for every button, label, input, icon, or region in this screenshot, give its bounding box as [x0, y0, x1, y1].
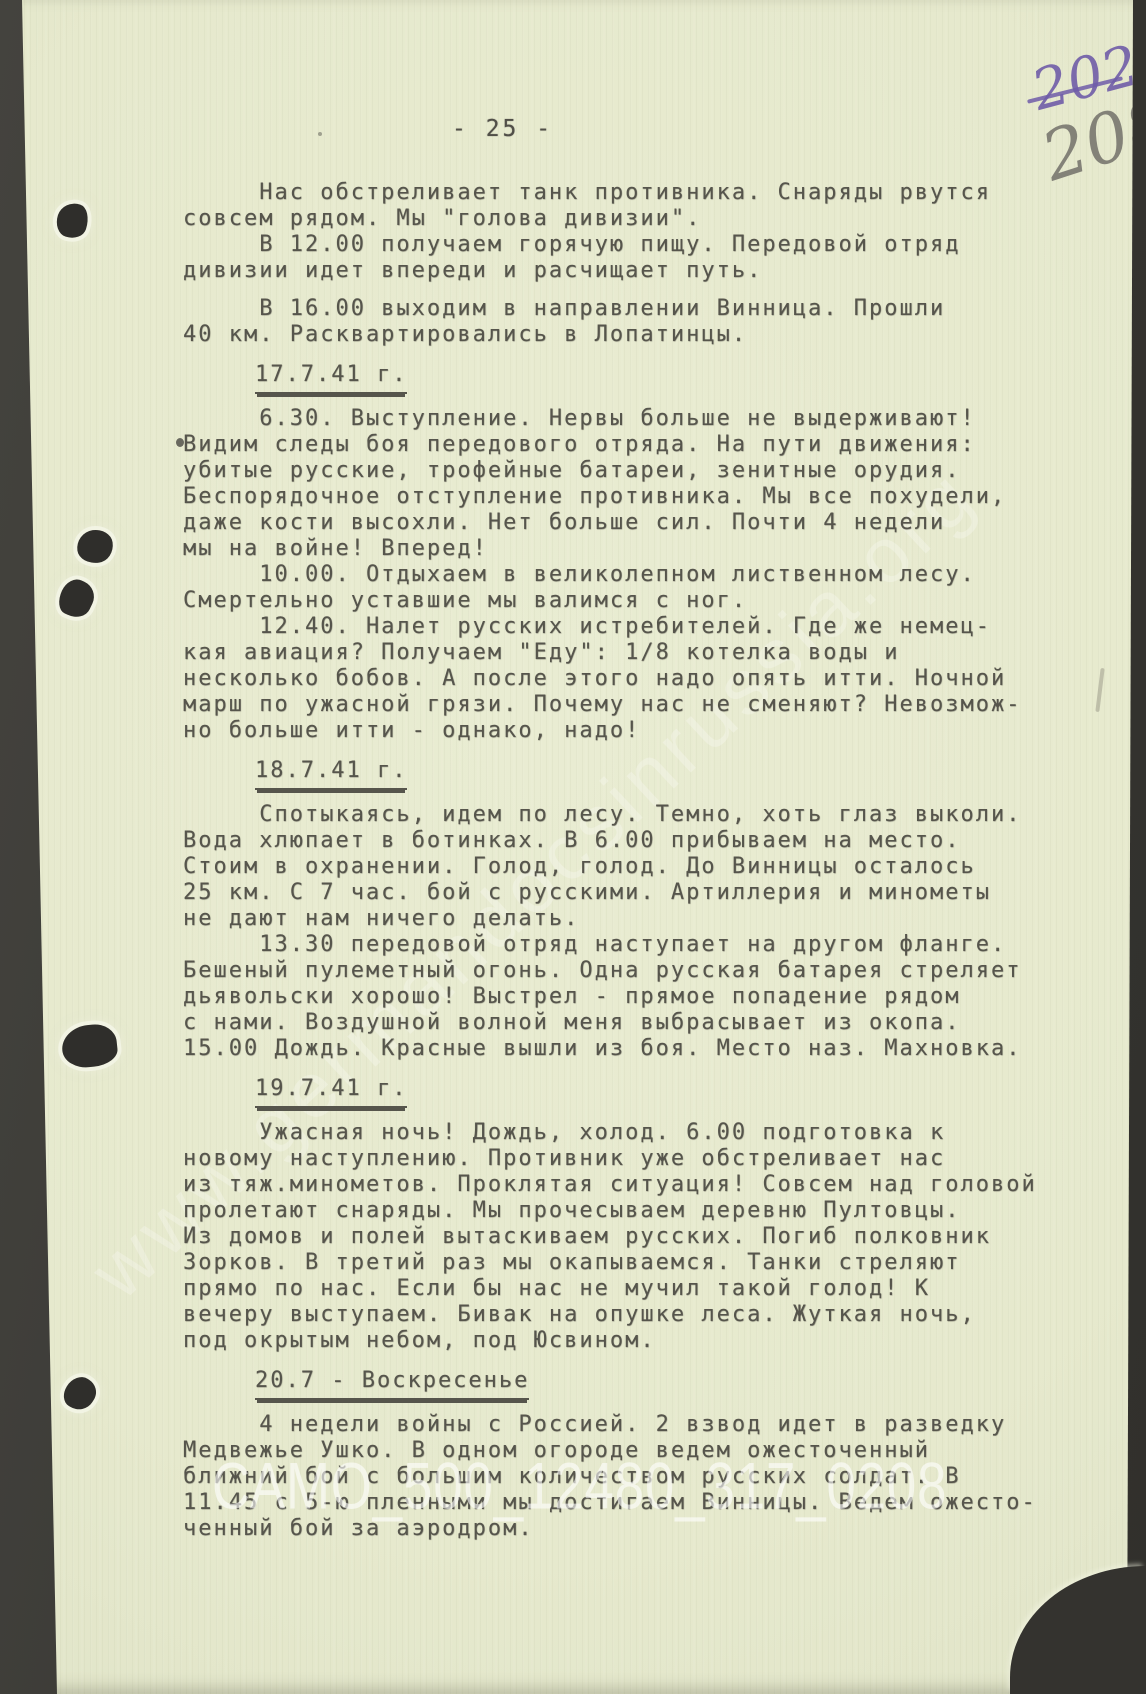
paragraph: Ужасная ночь! Дождь, холод. 6.00 подгото…	[183, 1120, 1063, 1354]
date-heading-text: 20.7 - Воскресенье	[255, 1368, 529, 1400]
punch-hole	[52, 199, 92, 242]
date-heading: 20.7 - Воскресенье	[183, 1368, 1063, 1400]
scanned-document-page: www.germandocsinrussia.org - 25 - 202 20…	[0, 0, 1146, 1694]
date-heading: 18.7.41 г.	[183, 758, 1063, 790]
paragraph: 6.30. Выступление. Нервы больше не выдер…	[183, 406, 1063, 744]
paragraph: Нас обстреливает танк противника. Снаряд…	[183, 180, 1063, 284]
page-number: - 25 -	[452, 116, 572, 142]
paper-sheet: www.germandocsinrussia.org - 25 - 202 20…	[0, 0, 1146, 1694]
punch-hole	[59, 1372, 102, 1416]
date-heading: 17.7.41 г.	[183, 362, 1063, 394]
ink-speck	[176, 438, 184, 447]
archive-code-watermark: САМО_500_12480_317_0208	[212, 1448, 947, 1524]
paragraph: В 16.00 выходим в направлении Винница. П…	[183, 296, 1063, 348]
date-heading: 19.7.41 г.	[183, 1076, 1063, 1108]
ink-speck	[318, 132, 322, 136]
punch-hole	[75, 528, 115, 566]
document-text: Нас обстреливает танк противника. Снаряд…	[183, 180, 1063, 1554]
pencil-mark	[1095, 668, 1104, 712]
date-heading-text: 19.7.41 г.	[255, 1076, 407, 1108]
paragraph: Спотыкаясь, идем по лесу. Темно, хоть гл…	[183, 802, 1063, 1062]
punch-hole	[60, 1022, 119, 1070]
date-heading-text: 17.7.41 г.	[255, 362, 407, 394]
punch-hole	[54, 575, 100, 622]
date-heading-text: 18.7.41 г.	[255, 758, 407, 790]
